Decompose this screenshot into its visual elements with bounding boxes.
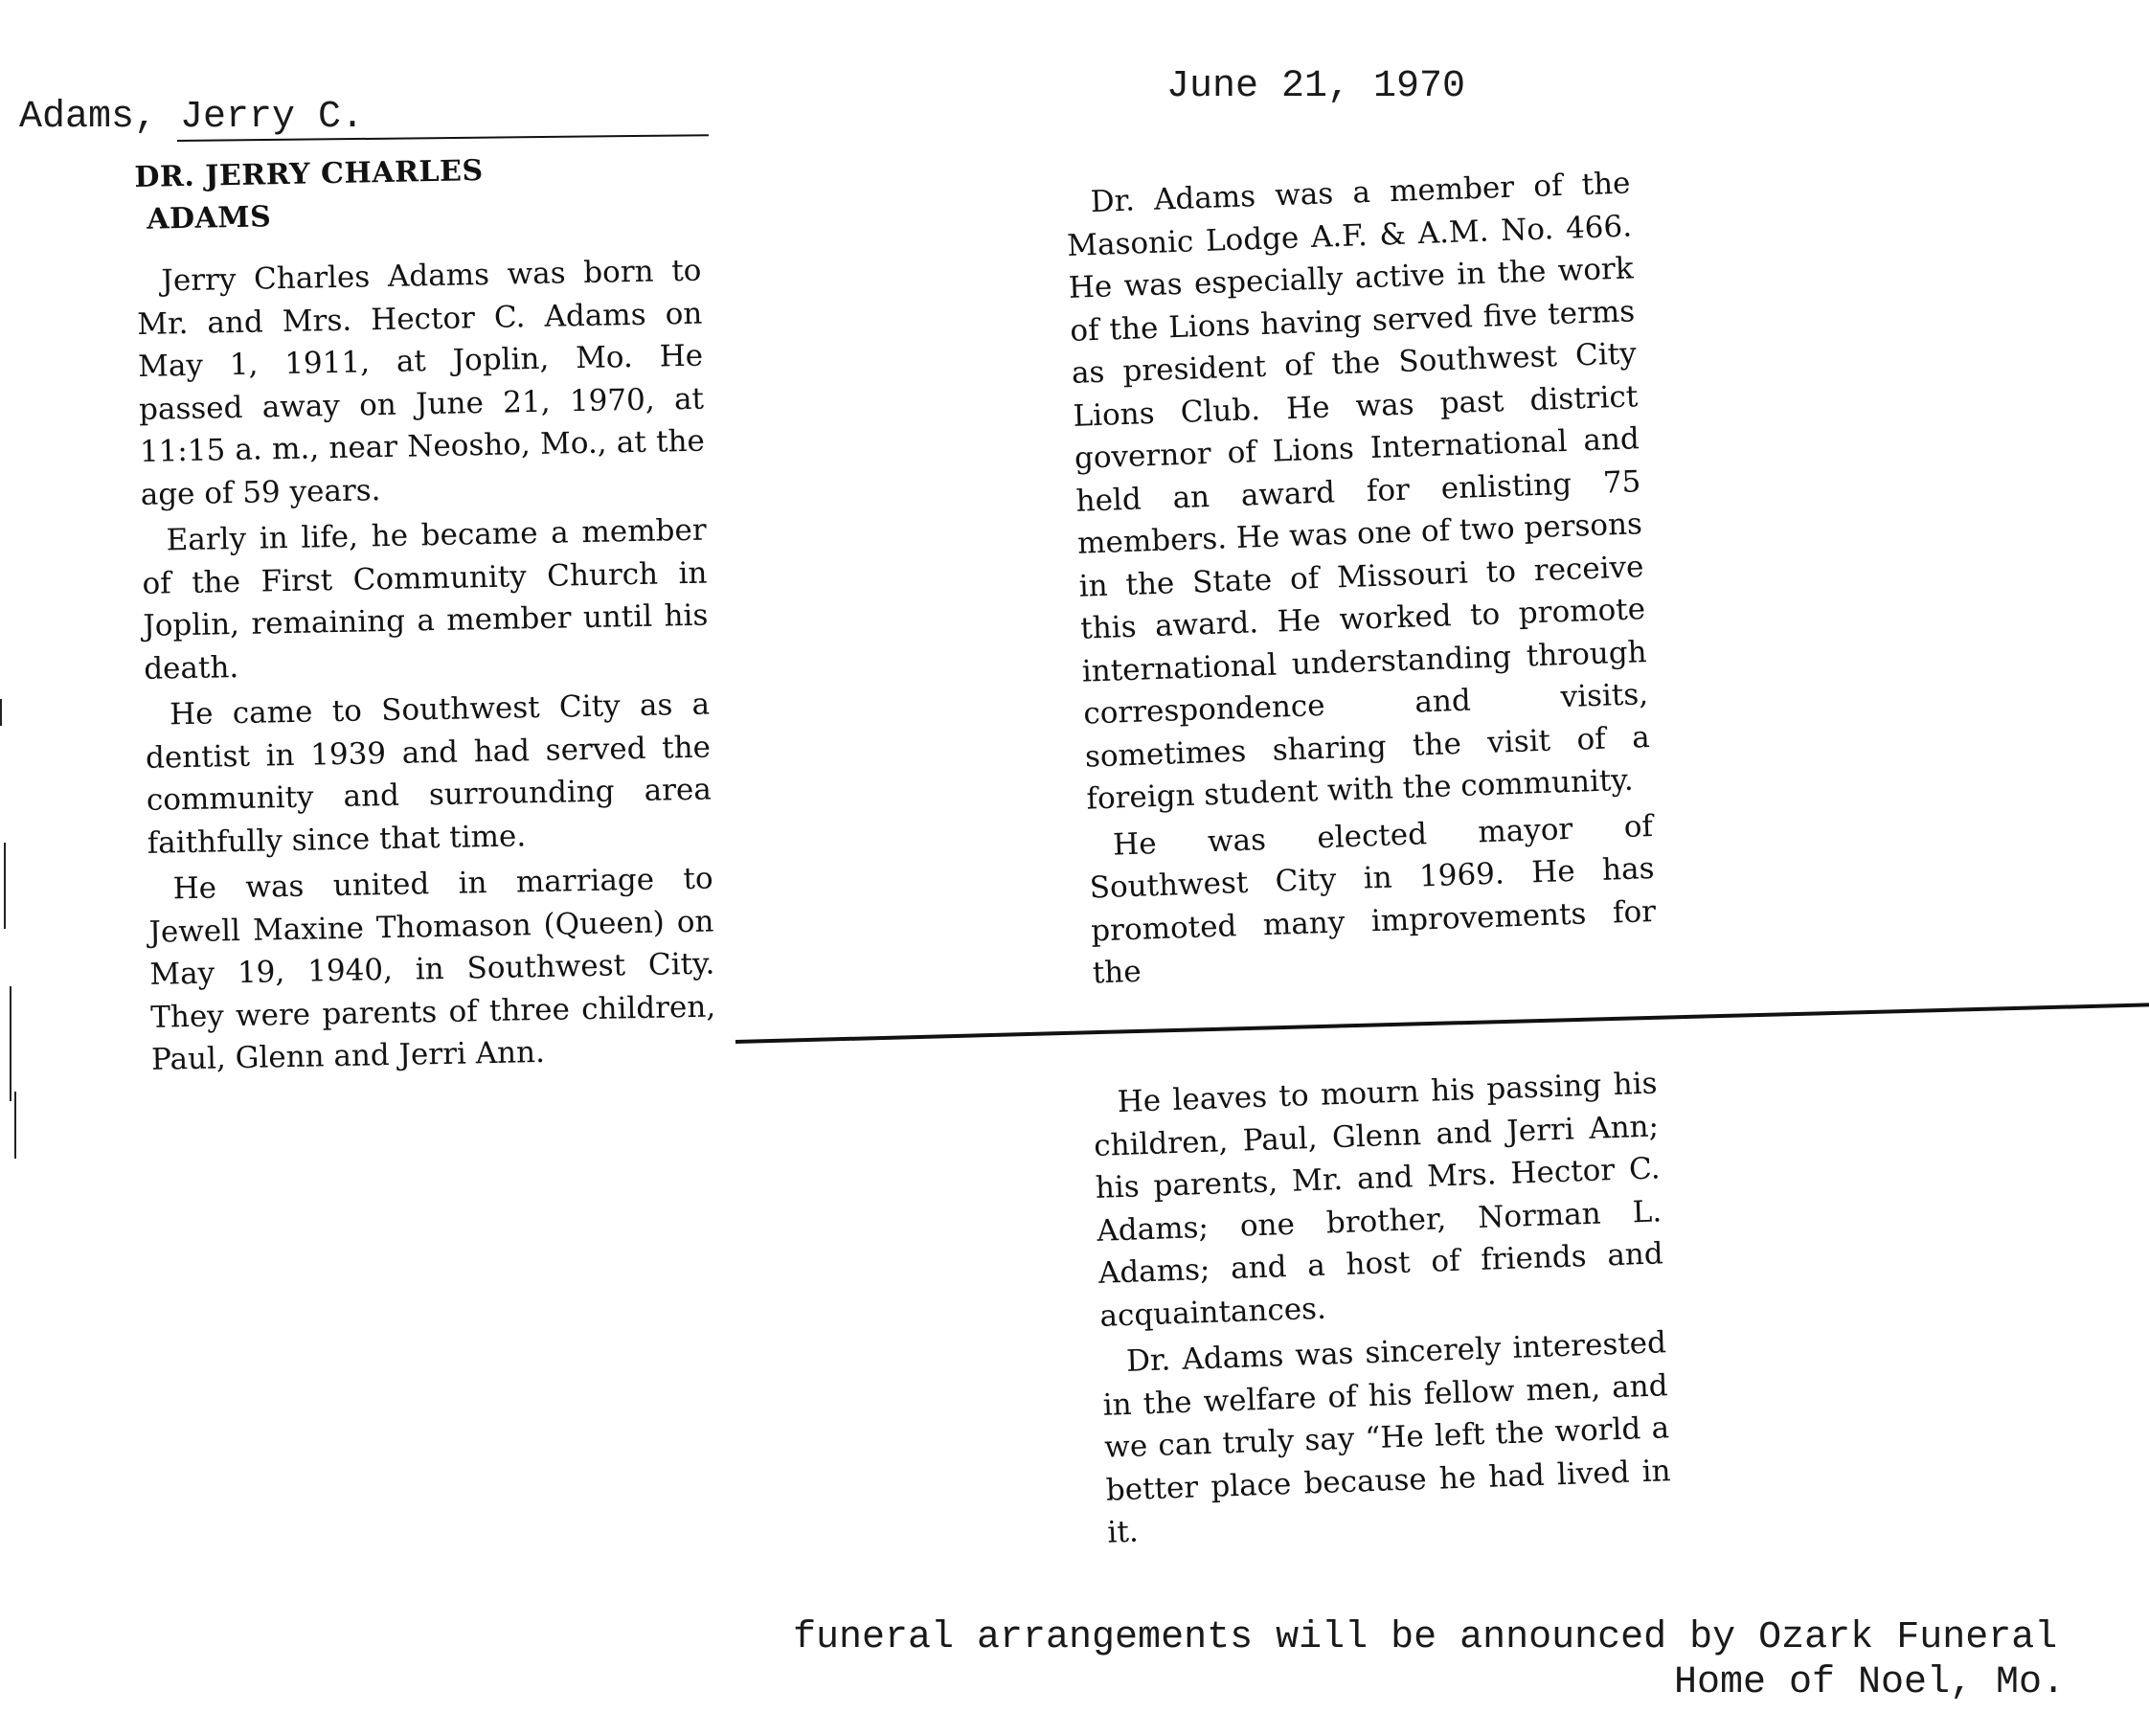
funeral-note-line-1: funeral arrangements will be announced b… [793,1616,2057,1659]
paragraph-mayor: He was elected mayor of Southwest City i… [1087,805,1658,995]
paragraph-tribute: Dr. Adams was sincerely interested in th… [1100,1321,1672,1554]
obituary-headline: DR. JERRY CHARLES ADAMS [134,147,701,241]
paragraph-church: Early in life, he became a member of the… [141,509,709,690]
paragraph-survivors: He leaves to mourn his passing his child… [1092,1062,1665,1337]
clipping-column-right-top: Dr. Adams was a member of the Masonic Lo… [1065,162,1658,999]
paragraph-dentist: He came to Southwest City as a dentist i… [145,684,713,865]
paragraph-marriage: He was united in marriage to Jewell Maxi… [147,858,716,1082]
file-label: Adams, Jerry C. [19,96,364,139]
scan-edge-mark [14,1092,16,1159]
scan-edge-mark [4,843,6,929]
funeral-note-line-2: Home of Noel, Mo. [1674,1661,2065,1704]
paragraph-birth-death: Jerry Charles Adams was born to Mr. and … [136,250,706,516]
scan-edge-mark [10,986,11,1101]
typed-date: June 21, 1970 [1166,65,1465,108]
paragraph-lions-club: Dr. Adams was a member of the Masonic Lo… [1065,162,1652,821]
clipping-column-left: DR. JERRY CHARLES ADAMS Jerry Charles Ad… [134,147,717,1086]
scan-edge-mark [0,699,2,726]
clipping-column-right-bottom: He leaves to mourn his passing his child… [1092,1062,1673,1558]
clipping-cut-line [735,1003,2149,1044]
